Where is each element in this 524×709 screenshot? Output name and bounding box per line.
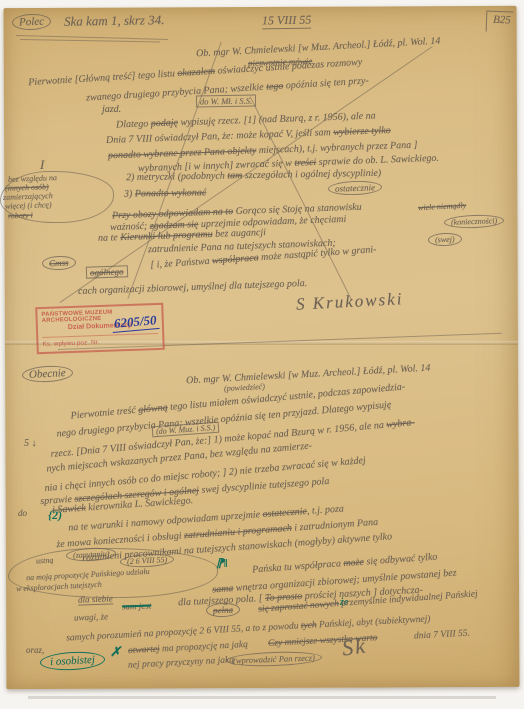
draft1-margin-note: więcej (i chcę) — [5, 200, 52, 211]
struck-text: tych — [301, 620, 317, 631]
struck-text: może — [343, 557, 364, 569]
struck-text: otwartej — [128, 644, 160, 656]
draft1-struck-ogolnego: ogólnego — [86, 265, 128, 278]
text: jazd. — [102, 104, 121, 115]
draft2-green-pilcrow: ⁋‖ — [216, 556, 228, 571]
struck-text: treści — [294, 157, 316, 169]
text: 2) metryczki (podobnych — [126, 170, 228, 183]
struck-text: tego — [266, 81, 284, 93]
struck-text: tam — [227, 170, 242, 181]
text: bez augancji — [212, 227, 266, 240]
header-date: 15 VIII 55 — [262, 13, 312, 30]
draft2-margin-note: ustną — [36, 556, 54, 566]
header-location: Ska kam 1, skrz 34. — [64, 12, 165, 30]
corner-mark: B25 — [486, 11, 513, 33]
text: 3) — [124, 189, 135, 200]
draft2-margin-do: do — [18, 508, 27, 518]
stamp-line3: Ks. wpływu poz. Nr. — [42, 333, 158, 348]
struck-text: Ponadto wykonać — [135, 187, 207, 199]
draft2-dla-siebie: dla siebie — [78, 593, 113, 605]
draft2-green-struck-sam-jest: sam jest — [122, 600, 152, 611]
struck-text: wybierze tylko — [333, 125, 391, 138]
draft2-signature: Sk — [340, 632, 368, 661]
draft1-line: jazd. — [102, 104, 121, 115]
draft2-green-x-mark: ✗ — [110, 644, 121, 660]
text: Dlatego — [116, 118, 151, 130]
draft2-margin-5: 5 ↓ — [24, 438, 37, 449]
draft1-insert-boxed: do W. Mł. i S.S. — [196, 94, 256, 107]
text: na te — [98, 232, 121, 244]
draft2-margin-oraz: oraz, — [26, 645, 44, 655]
scanned-document-page: { "header": { "circled": "Polec", "locat… — [0, 0, 524, 709]
draft2-uwagi: uwagi, że — [74, 611, 108, 622]
draft1-margin-note: roboty i — [8, 211, 33, 221]
draft2-green-brace: {2) — [48, 508, 62, 523]
struck-text: podaję — [151, 117, 179, 129]
scan-edge-shadow — [28, 696, 496, 699]
